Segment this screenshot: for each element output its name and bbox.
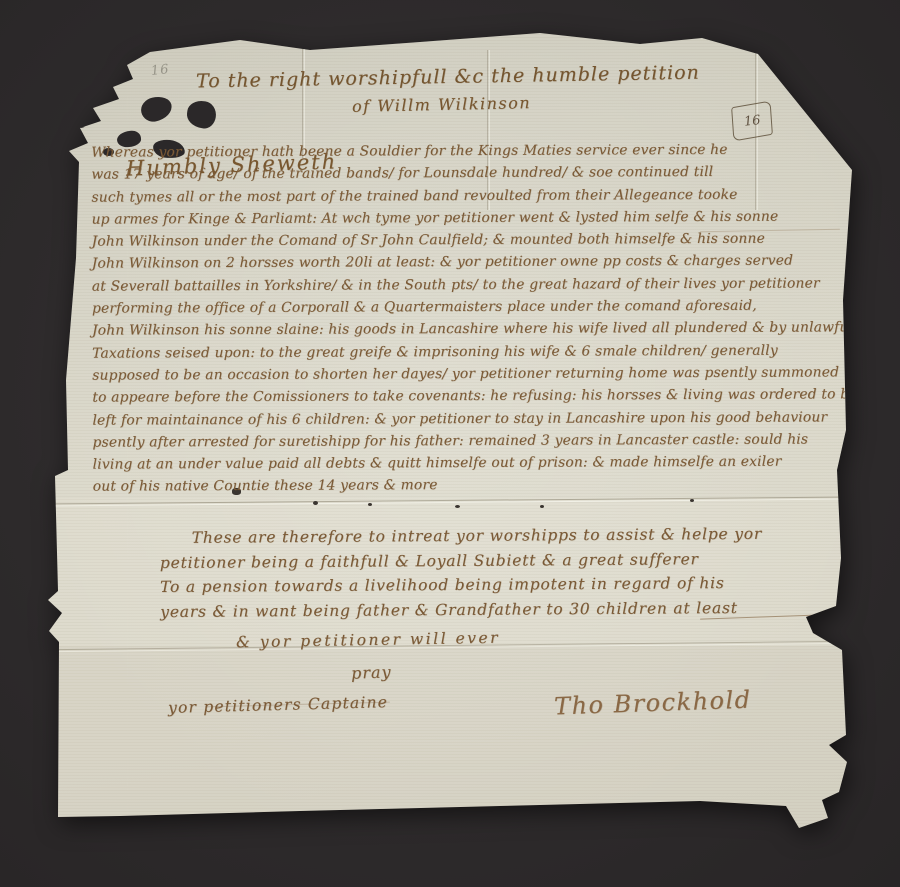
paper-hole xyxy=(185,99,217,130)
manuscript-line: left for maintainance of his 6 children:… xyxy=(92,409,844,435)
ink-folio-mark: 16 xyxy=(731,100,773,141)
manuscript-line: Taxations seised upon: to the great grei… xyxy=(92,342,844,368)
fold-band-lower xyxy=(0,646,900,830)
photo-background: 16 16 To the right worshipfull &c the hu… xyxy=(0,0,900,887)
paper-speck xyxy=(368,503,372,506)
paper-speck xyxy=(540,505,544,508)
manuscript-line: at Severall battailles in Yorkshire/ & i… xyxy=(92,275,844,301)
paper-hole xyxy=(74,112,87,128)
petition-addressee-line: of Willm Wilkinson xyxy=(352,93,531,116)
fold-crease-vertical-1 xyxy=(302,38,305,158)
paper-speck xyxy=(690,499,694,502)
petition-request: These are therefore to intreat yor worsh… xyxy=(160,525,736,627)
ink-folio-number: 16 xyxy=(743,113,761,130)
manuscript-line: performing the office of a Corporall & a… xyxy=(92,297,844,323)
manuscript-line: John Wilkinson his sonne slaine: his goo… xyxy=(92,320,844,346)
manuscript-line: Whereas yor petitioner hath beene a Soul… xyxy=(91,141,843,167)
petition-document: 16 16 To the right worshipfull &c the hu… xyxy=(0,0,900,887)
pencil-folio-number: 16 xyxy=(150,62,170,79)
manuscript-line: was 17 years of age/ of the trained band… xyxy=(91,164,843,190)
manuscript-line: to appeare before the Comissioners to ta… xyxy=(92,387,844,413)
manuscript-line: psently after arrested for suretishipp f… xyxy=(92,431,844,457)
manuscript-line: supposed to be an occasion to shorten he… xyxy=(92,364,844,390)
manuscript-line: John Wilkinson on 2 horsses worth 20li a… xyxy=(92,253,844,279)
petition-address-line: To the right worshipfull &c the humble p… xyxy=(196,62,700,93)
manuscript-line: such tymes all or the most part of the t… xyxy=(91,186,843,212)
manuscript-line: John Wilkinson under the Comand of Sr Jo… xyxy=(92,231,844,257)
petition-body: Whereas yor petitioner hath beene a Soul… xyxy=(91,141,845,501)
paper-speck xyxy=(313,501,318,505)
manuscript-line: out of his native Countie these 14 years… xyxy=(93,476,845,502)
closing-line: & yor petitioner will ever xyxy=(236,629,500,652)
manuscript-line: years & in want being father & Grandfath… xyxy=(160,598,735,627)
pray-word: pray xyxy=(351,662,392,682)
paper-hole xyxy=(139,94,174,124)
manuscript-line: living at an under value paid all debts … xyxy=(93,454,845,480)
signature: Tho Brockhold xyxy=(554,686,752,721)
paper-shadow-wrap: 16 16 To the right worshipfull &c the hu… xyxy=(0,0,900,887)
paper-speck xyxy=(455,505,460,508)
